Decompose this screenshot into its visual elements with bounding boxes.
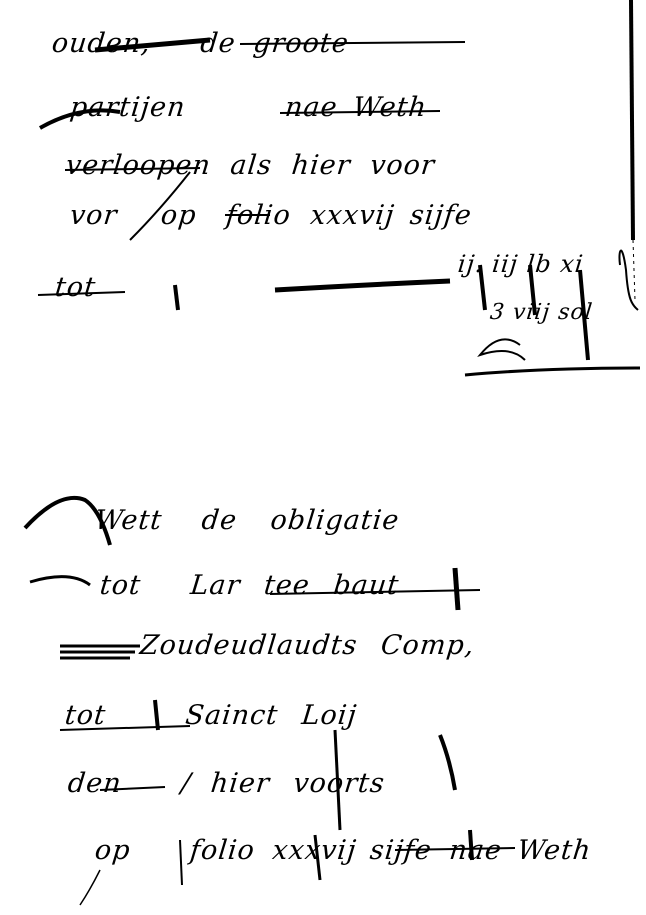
word: Sainct xyxy=(184,700,280,731)
word: Loij xyxy=(300,700,358,731)
word: voor xyxy=(369,150,437,181)
word: op xyxy=(93,835,132,866)
word: ouden, xyxy=(50,28,152,59)
word: Wett xyxy=(93,505,163,536)
word: Weth xyxy=(516,835,593,866)
word: de xyxy=(200,505,239,536)
word: tot xyxy=(63,700,107,731)
word: als xyxy=(229,150,274,181)
lower-line-2: tot Lar tee baut xyxy=(98,570,400,601)
lower-line-3: Zoudeudlaudts Comp, xyxy=(138,630,476,661)
word: xxxvij xyxy=(309,200,396,231)
word: Zoudeudlaudts xyxy=(138,630,359,661)
word: obligatie xyxy=(269,505,401,536)
lower-line-4: tot Sainct Loij xyxy=(63,700,358,731)
word: voorts xyxy=(292,768,387,799)
word: vor xyxy=(68,200,119,231)
word: / xyxy=(180,768,193,799)
word: nae xyxy=(448,835,504,866)
upper-line-5: tot xyxy=(53,272,97,303)
upper-line-3: verloopen als hier voor xyxy=(64,150,436,181)
word: verloopen xyxy=(64,150,212,181)
lower-line-5: den / hier voorts xyxy=(66,768,386,799)
word: tee xyxy=(262,570,311,601)
word: folio xyxy=(225,200,293,231)
lower-line-6: op folio xxxvij sijfe nae Weth xyxy=(93,835,593,866)
margin-total-line-1: ij. iij lb xi xyxy=(457,250,586,278)
upper-line-4: vor op folio xxxvij sijfe xyxy=(68,200,473,231)
upper-line-1: ouden, de groote xyxy=(50,28,350,59)
word: Comp, xyxy=(379,630,476,661)
word: tot xyxy=(98,570,142,601)
word: xxxvij xyxy=(271,835,358,866)
word: nae xyxy=(283,92,339,123)
word: sijfe xyxy=(368,835,433,866)
upper-line-2: partijen nae Weth xyxy=(68,92,428,123)
margin-total-line-2: 3 viij sol xyxy=(489,300,595,325)
word: sijfe xyxy=(408,200,473,231)
word: folio xyxy=(189,835,257,866)
word: den xyxy=(66,768,123,799)
manuscript-page: ouden, de groote partijen nae Weth verlo… xyxy=(0,0,646,915)
word: baut xyxy=(332,570,401,601)
word: hier xyxy=(209,768,271,799)
word: tot xyxy=(53,272,97,303)
word: Weth xyxy=(352,92,429,123)
word: op xyxy=(159,200,198,231)
word: groote xyxy=(252,28,351,59)
word: de xyxy=(199,28,238,59)
word: partijen xyxy=(68,92,187,123)
word: Lar xyxy=(189,570,242,601)
word: hier xyxy=(290,150,352,181)
lower-line-1: Wett de obligatie xyxy=(93,505,401,536)
